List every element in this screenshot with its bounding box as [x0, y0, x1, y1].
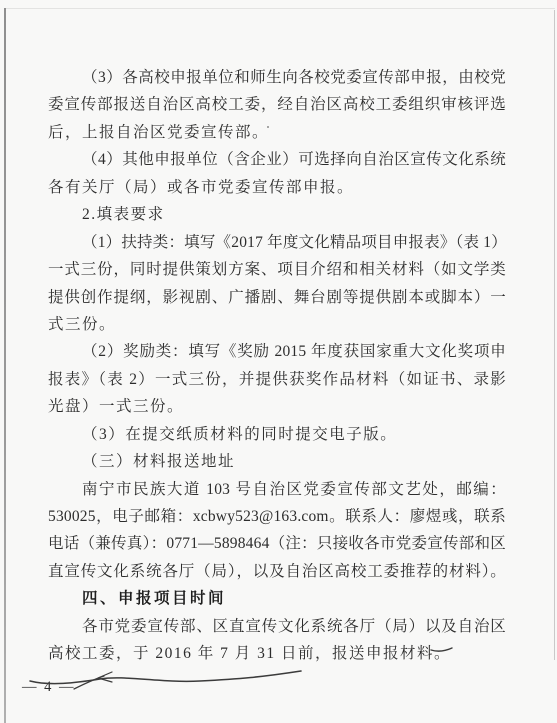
text-line: （3）在提交纸质材料的同时提交电子版。: [48, 421, 506, 448]
text-line: （4）其他申报单位（含企业）可选择向自治区宣传文化系统: [48, 146, 506, 173]
scan-speck: [267, 126, 269, 128]
text-line: 一式三份，同时提供策划方案、项目介绍和相关材料（如文学类: [48, 256, 506, 283]
text-line: 电话（兼传真）：0771—5898464（注：只接收各市党委宣传部和区: [48, 530, 506, 557]
text-line: 直宣传文化系统各厅（局），以及自治区高校工委推荐的材料）。: [48, 558, 506, 585]
text-line-subheading: （三）材料报送地址: [48, 448, 506, 475]
page-number: — 4 —: [22, 679, 76, 696]
section-heading: 四、申报项目时间: [48, 585, 506, 612]
document-text-block: （3）各高校申报单位和师生向各校党委宣传部申报，由校党 委宣传部报送自治区高校工…: [48, 64, 506, 668]
text-line: 各市党委宣传部、区直宣传文化系统各厅（局）以及自治区: [48, 613, 506, 640]
text-line: 各有关厅（局）或各市党委宣传部申报。: [48, 174, 506, 201]
pen-arrowhead: [98, 672, 112, 682]
text-line-subheading: 2.填表要求: [48, 201, 506, 228]
pen-tick-stroke: [74, 676, 104, 689]
text-line: 报表》（表 2）一式三份，并提供获奖作品材料（如证书、录影带、: [48, 366, 506, 393]
text-line: （3）各高校申报单位和师生向各校党委宣传部申报，由校党: [48, 64, 506, 91]
scan-edge-left: [4, 8, 6, 723]
text-line: 委宣传部报送自治区高校工委，经自治区高校工委组织审核评选: [48, 91, 506, 118]
text-line: 南宁市民族大道 103 号自治区党委宣传部文艺处，邮编：: [48, 476, 506, 503]
text-line: （2）奖励类：填写《奖励 2015 年度获国家重大文化奖项申: [48, 338, 506, 365]
text-line: 高校工委，于 2016 年 7 月 31 日前，报送申报材料。: [48, 640, 506, 667]
text-line: 式三份。: [48, 311, 506, 338]
text-line: （1）扶持类：填写《2017 年度文化精品项目申报表》（表 1）: [48, 229, 506, 256]
text-line: 后，上报自治区党委宣传部。: [48, 119, 506, 146]
text-line: 530025，电子邮箱：xcbwy523@163.com。联系人：廖煜彧，联系: [48, 503, 506, 530]
text-line: 提供创作提纲，影视剧、广播剧、舞台剧等提供剧本或脚本）一: [48, 284, 506, 311]
scanned-document-page: （3）各高校申报单位和师生向各校党委宣传部申报，由校党 委宣传部报送自治区高校工…: [0, 0, 557, 723]
scan-edge-right: [554, 10, 555, 660]
scan-edge-top: [4, 8, 555, 9]
text-line: 光盘）一式三份。: [48, 393, 506, 420]
